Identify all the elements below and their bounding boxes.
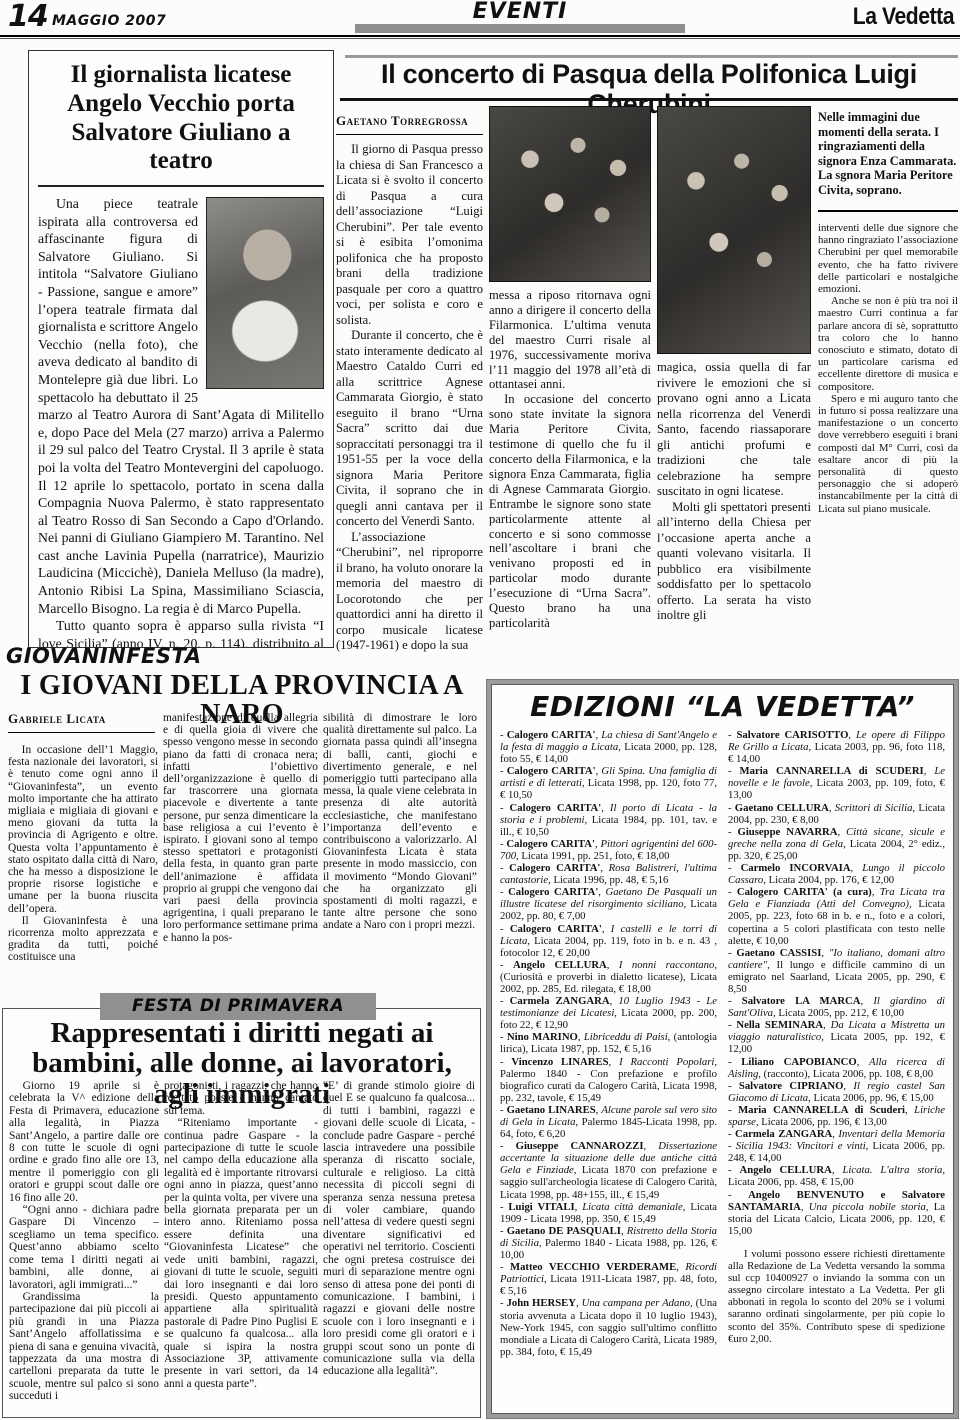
photo-concert-1 bbox=[489, 106, 651, 282]
book-item: - Maria CANNARELLA di SCUDERI, Le novell… bbox=[728, 765, 945, 801]
book-item: - Carmelo INCORVAIA, Lungo il piccolo Ca… bbox=[728, 862, 945, 886]
center-column-1: Il giorno di Pasqua presso la chiesa di … bbox=[336, 142, 483, 660]
book-item: - Calogero CARITA', La chiesa di Sant'An… bbox=[500, 729, 717, 765]
giovaninfesta-column-1: In occasione dell’1 Maggio, festa nazion… bbox=[8, 744, 158, 1002]
article-title: Il giornalista licatese Angelo Vecchio p… bbox=[38, 57, 324, 187]
center-headline-rule bbox=[340, 98, 958, 101]
book-item: - Calogero CARITA', Gaetano De Pasquali … bbox=[500, 886, 717, 922]
paragraph: “Riteniamo importante - continua padre G… bbox=[164, 1117, 318, 1390]
photo-angelo-vecchio bbox=[206, 197, 324, 389]
center-column-3: magica, ossia quella di far rivivere le … bbox=[657, 360, 811, 660]
book-item: - Nino MARINO, Libriceddu di Paisi, (ant… bbox=[500, 1031, 717, 1055]
photo-caption: Nelle immagini due momenti della serata.… bbox=[818, 110, 958, 198]
photo-concert-2 bbox=[657, 106, 811, 354]
article-giuliano-teatro: Il giornalista licatese Angelo Vecchio p… bbox=[28, 50, 334, 648]
book-item: - Giuseppe NAVARRA, Città sicane, sicule… bbox=[728, 826, 945, 862]
paragraph: sibilità di dimostrare le loro qualità d… bbox=[323, 712, 477, 932]
paragraph: In occasione del concerto sono state inv… bbox=[489, 392, 651, 631]
order-info: I volumi possono essere richiesti dirett… bbox=[728, 1248, 945, 1345]
book-item: - Salvatore CIPRIANO, Il regio castel Sa… bbox=[728, 1080, 945, 1104]
book-item: - Maria CANNARELLA di Scuderi, Liriche s… bbox=[728, 1104, 945, 1128]
paragraph: Il Giovaninfesta è una ricorrenza molto … bbox=[8, 915, 158, 964]
byline-torregrossa: Gaetano Torregrossa bbox=[336, 114, 483, 135]
center-top-rule bbox=[345, 55, 958, 58]
book-item: - Calogero CARITA', Il porto di Licata -… bbox=[500, 802, 717, 838]
caption-divider bbox=[818, 210, 958, 212]
article-body: Una piece teatrale ispirata alla controv… bbox=[38, 195, 324, 648]
paragraph: “Ogni anno - dichiara padre Gaspare Di V… bbox=[9, 1204, 159, 1291]
book-item: - Liliano CAPOBIANCO, Alla ricerca di Ai… bbox=[728, 1056, 945, 1080]
book-item: - Gaetano DE PASQUALI, Ristretto della S… bbox=[500, 1225, 717, 1261]
masthead: La Vedetta bbox=[853, 5, 954, 29]
book-item: - John HERSEY, Una campana per Adano, (U… bbox=[500, 1297, 717, 1357]
book-item: - Angelo BENVENUTO e Salvatore SANTAMARI… bbox=[728, 1189, 945, 1237]
paragraph: Il giorno di Pasqua presso la chiesa di … bbox=[336, 142, 483, 328]
section-bar bbox=[355, 24, 685, 33]
book-item: - Angelo CELLURA, I nonni raccontano, (C… bbox=[500, 959, 717, 995]
book-item: - Gaetano CASSISI, "Io italiano, domani … bbox=[728, 947, 945, 995]
book-item: - Salvatore CARISOTTO, Le opere di Filip… bbox=[728, 729, 945, 765]
book-item: - Angelo CELLURA, Licata. L'altra storia… bbox=[728, 1164, 945, 1188]
book-item: - Matteo VECCHIO VERDERAME, Ricordi Patr… bbox=[500, 1261, 717, 1297]
giovaninfesta-column-3: sibilità di dimostrare le loro qualità d… bbox=[323, 712, 477, 1004]
kicker-giovaninfesta: GIOVANINFESTA bbox=[6, 646, 201, 667]
newspaper-page: 14 MAGGIO 2007 EVENTI La Vedetta Il gior… bbox=[0, 0, 960, 1420]
center-column-2: messa a riposo ritornava ogni anno a dir… bbox=[489, 288, 651, 660]
book-item: - Gaetano CELLURA, Scrittori di Sicilia,… bbox=[728, 802, 945, 826]
book-item: - Salvatore LA MARCA, Il giardino di San… bbox=[728, 995, 945, 1019]
book-item: - Giuseppe CANNAROZZI, Dissertazione acc… bbox=[500, 1140, 717, 1200]
section-title: EVENTI bbox=[355, 1, 685, 23]
banner-festa-di-primavera: FESTA DI PRIMAVERA bbox=[100, 993, 376, 1020]
byline-licata: Gabriele Licata bbox=[8, 712, 155, 733]
book-item: - Carmela ZANGARA, 10 Luglio 1943 - Le t… bbox=[500, 995, 717, 1031]
paragraph: Grandissima la partecipazione dai più pi… bbox=[9, 1291, 159, 1403]
paragraph: “E’ di grande stimolo gioire di quel E s… bbox=[323, 1080, 475, 1378]
book-item: - Calogero CARITA', I castelli e le torr… bbox=[500, 923, 717, 959]
book-item: - Calogero CARITA' (a cura), Tra Licata … bbox=[728, 886, 945, 946]
center-column-4: interventi delle due signore che hanno r… bbox=[818, 222, 958, 660]
paragraph: In occasione dell’1 Maggio, festa nazion… bbox=[8, 744, 158, 915]
paragraph: manifestazione di quella allegria e di q… bbox=[163, 712, 318, 944]
paragraph: protagonisti, i ragazzi, che hanno recit… bbox=[164, 1080, 318, 1117]
book-item: - Carmela ZANGARA, Inventari della Memor… bbox=[728, 1128, 945, 1164]
header-rule-thin bbox=[0, 38, 960, 39]
page-date: MAGGIO 2007 bbox=[52, 14, 166, 28]
paragraph: Anche se non è più tra noi il maestro Cu… bbox=[818, 295, 958, 393]
book-item: - Vincenzo LINARES, I Racconti Popolari,… bbox=[500, 1056, 717, 1104]
paragraph: Molti gli spettatori presenti all’intern… bbox=[657, 500, 811, 624]
festa-column-2: protagonisti, i ragazzi, che hanno recit… bbox=[164, 1080, 318, 1412]
book-item: - Calogero CARITA', Pittori agrigentini … bbox=[500, 838, 717, 862]
book-item: - Calogero CARITA', Rosa Balistreri, l'u… bbox=[500, 862, 717, 886]
paragraph: L’associazione “Cherubini”, nel ripropor… bbox=[336, 530, 483, 654]
paragraph: interventi delle due signore che hanno r… bbox=[818, 222, 958, 295]
page-number: 14 bbox=[8, 2, 48, 32]
festa-column-3: “E’ di grande stimolo gioire di quel E s… bbox=[323, 1080, 475, 1412]
edizioni-box: EDIZIONI “LA VEDETTA” - Calogero CARITA'… bbox=[487, 680, 958, 1418]
book-item: - Gaetano LINARES, Alcune parole sul ver… bbox=[500, 1104, 717, 1140]
paragraph: magica, ossia quella di far rivivere le … bbox=[657, 360, 811, 500]
book-list: - Calogero CARITA', La chiesa di Sant'An… bbox=[491, 727, 954, 1417]
book-item: - Luigi VITALI, Licata città demaniale, … bbox=[500, 1201, 717, 1225]
paragraph: Giorno 19 aprile si è celebrata la V^ ed… bbox=[9, 1080, 159, 1204]
book-item: - Nella SEMINARA, Da Licata a Mistretta … bbox=[728, 1019, 945, 1055]
paragraph: messa a riposo ritornava ogni anno a dir… bbox=[489, 288, 651, 392]
book-item: - Calogero CARITA', Gli Spina. Una famig… bbox=[500, 765, 717, 801]
edizioni-title: EDIZIONI “LA VEDETTA” bbox=[491, 693, 954, 721]
giovaninfesta-column-2: manifestazione di quella allegria e di q… bbox=[163, 712, 318, 1002]
paragraph: Spero e mi auguro tanto che in futuro si… bbox=[818, 393, 958, 515]
paragraph: Durante il concerto, che è stato interam… bbox=[336, 328, 483, 530]
header-rule bbox=[0, 35, 960, 37]
festa-column-1: Giorno 19 aprile si è celebrata la V^ ed… bbox=[9, 1080, 159, 1412]
